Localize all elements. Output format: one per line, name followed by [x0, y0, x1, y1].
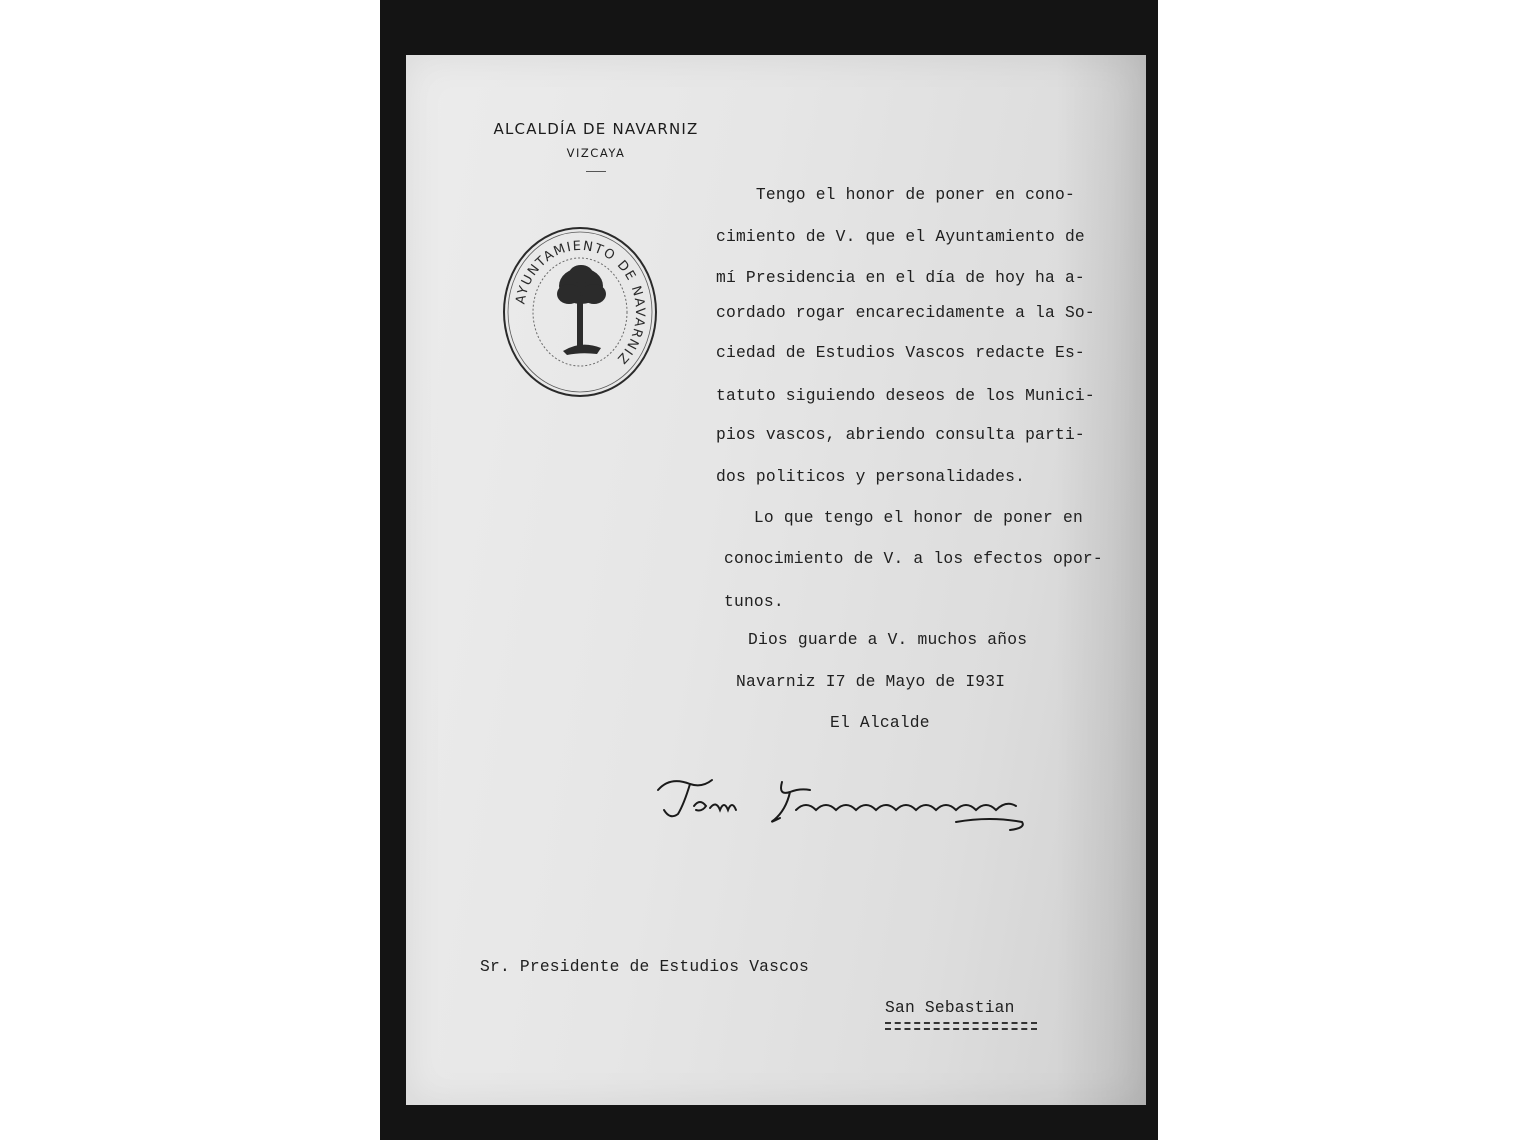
handwritten-signature: Jesus Leguericaveascoa	[650, 770, 1030, 840]
body-line: mí Presidencia en el día de hoy ha a-	[716, 268, 1085, 287]
letterhead: ALCALDÍA DE NAVARNIZ VIZCAYA	[478, 120, 714, 172]
municipal-seal-icon: AYUNTAMIENTO DE NAVARNIZ	[501, 224, 659, 400]
closing-role: El Alcalde	[830, 713, 930, 732]
letterhead-title: ALCALDÍA DE NAVARNIZ	[478, 120, 714, 138]
letterhead-rule	[586, 171, 606, 172]
body-line: dos politicos y personalidades.	[716, 467, 1025, 486]
body-line: Lo que tengo el honor de poner en	[724, 508, 1083, 527]
letter-paper	[406, 55, 1146, 1105]
body-line: pios vascos, abriendo consulta parti-	[716, 425, 1085, 444]
letterhead-subtitle: VIZCAYA	[478, 146, 714, 160]
body-line: conocimiento de V. a los efectos opor-	[724, 549, 1103, 568]
addressee-city: San Sebastian	[885, 998, 1015, 1017]
body-line: tunos.	[724, 592, 784, 611]
body-line: tatuto siguiendo deseos de los Munici-	[716, 386, 1095, 405]
addressee-recipient: Sr. Presidente de Estudios Vascos	[480, 957, 809, 976]
body-line: cimiento de V. que el Ayuntamiento de	[716, 227, 1085, 246]
body-line: Tengo el honor de poner en cono-	[716, 185, 1075, 204]
tree-emblem	[557, 265, 606, 355]
body-line: cordado rogar encarecidamente a la So-	[716, 303, 1095, 322]
city-double-underline	[885, 1022, 1037, 1030]
closing-salutation: Dios guarde a V. muchos años	[748, 630, 1027, 649]
closing-place-date: Navarniz I7 de Mayo de I93I	[736, 672, 1005, 691]
body-line: ciedad de Estudios Vascos redacte Es-	[716, 343, 1085, 362]
